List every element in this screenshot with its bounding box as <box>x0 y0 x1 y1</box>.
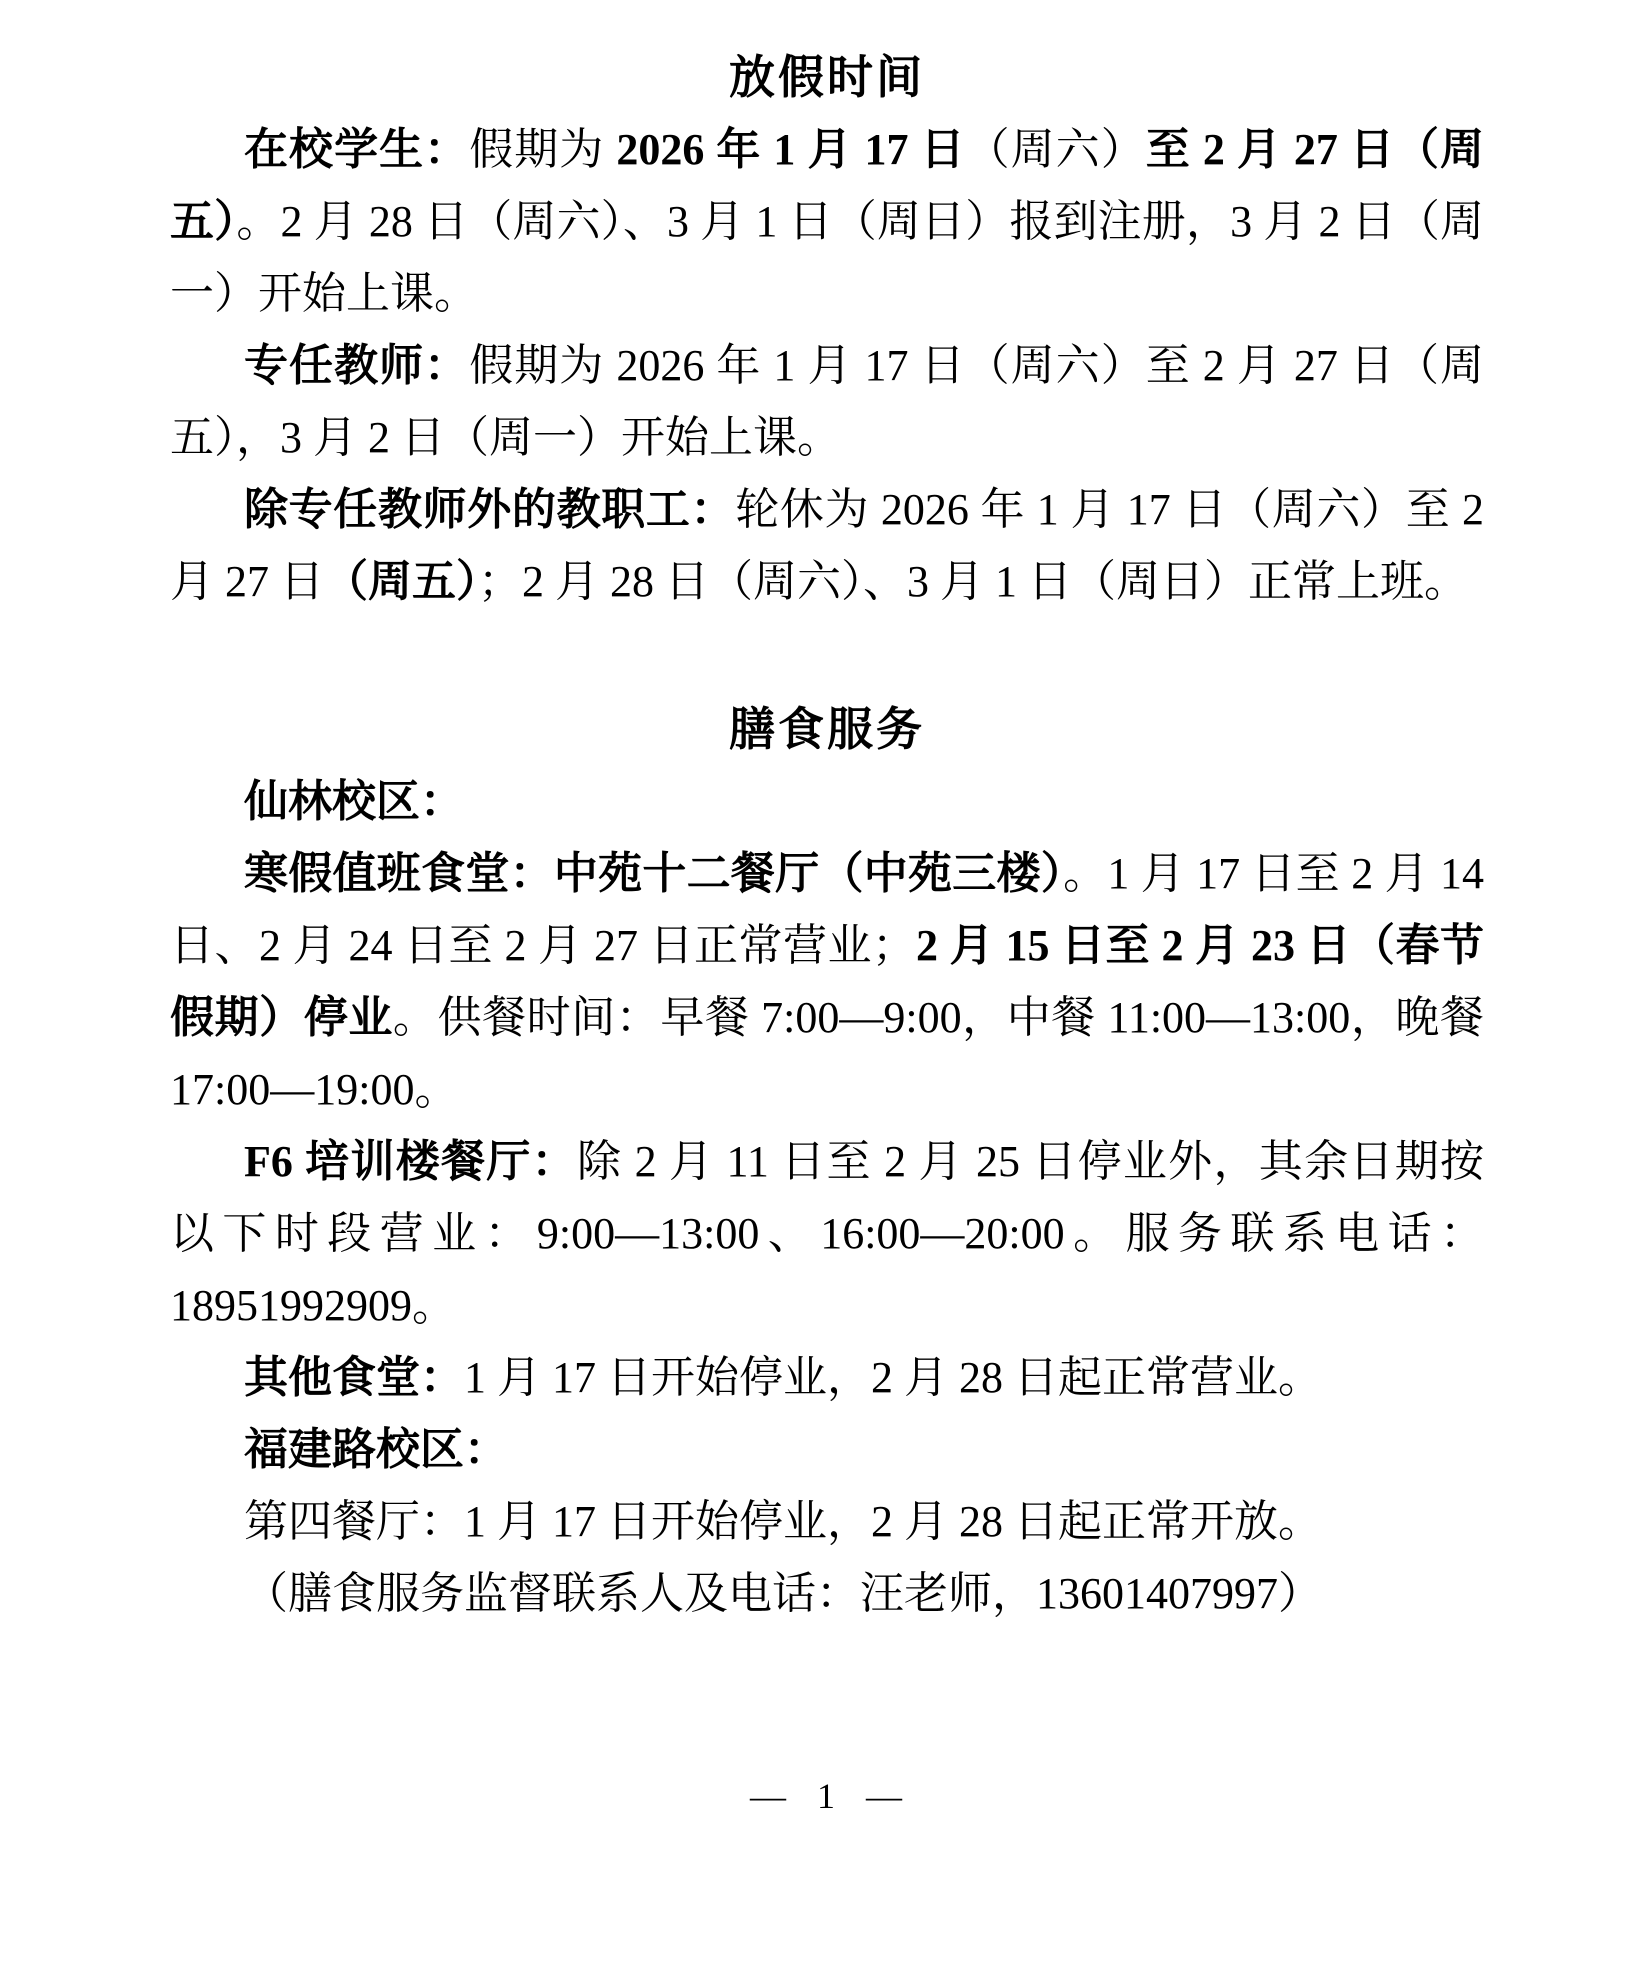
section-title-meal-service: 膳食服务 <box>170 692 1484 766</box>
lead-label: 除专任教师外的教职工： <box>244 485 735 534</box>
lead-label: 其他食堂： <box>244 1353 464 1402</box>
lead-label: 仙林校区： <box>244 777 464 826</box>
text-run: 。2 月 28 日（周六）、3 月 1 日（周日）报到注册，3 月 2 日（周一… <box>170 197 1484 318</box>
lead-label: 在校学生： <box>244 125 469 174</box>
paragraph-supervision-contact: （膳食服务监督联系人及电话：汪老师，13601407997） <box>170 1558 1484 1630</box>
paragraph-enrolled-students: 在校学生：假期为 2026 年 1 月 17 日（周六）至 2 月 27 日（周… <box>170 114 1484 330</box>
paragraph-duty-canteen: 寒假值班食堂：中苑十二餐厅（中苑三楼）。1 月 17 日至 2 月 14 日、2… <box>170 838 1484 1126</box>
text-run: （膳食服务监督联系人及电话：汪老师，13601407997） <box>244 1569 1322 1618</box>
paragraph-xianlin-campus: 仙林校区： <box>170 766 1484 838</box>
paragraph-other-staff: 除专任教师外的教职工：轮休为 2026 年 1 月 17 日（周六）至 2 月 … <box>170 474 1484 618</box>
section-title-holiday-schedule: 放假时间 <box>170 40 1484 114</box>
lead-label: 专任教师： <box>244 341 469 390</box>
lead-label: F6 培训楼餐厅： <box>244 1137 577 1186</box>
text-run: ；2 月 28 日（周六）、3 月 1 日（周日）正常上班。 <box>478 557 1468 606</box>
text-run: 第四餐厅：1 月 17 日开始停业，2 月 28 日起正常开放。 <box>244 1497 1322 1546</box>
paragraph-other-canteens: 其他食堂：1 月 17 日开始停业，2 月 28 日起正常营业。 <box>170 1342 1484 1414</box>
text-run: 1 月 17 日开始停业，2 月 28 日起正常营业。 <box>464 1353 1322 1402</box>
bold-text-run: 2026 年 1 月 17 日 <box>616 125 965 174</box>
paragraph-f6-restaurant: F6 培训楼餐厅：除 2 月 11 日至 2 月 25 日停业外，其余日期按以下… <box>170 1126 1484 1342</box>
lead-label: 寒假值班食堂：中苑十二餐厅（中苑三楼） <box>244 849 1063 898</box>
text-run: 假期为 <box>469 125 616 174</box>
paragraph-fourth-dining-hall: 第四餐厅：1 月 17 日开始停业，2 月 28 日起正常开放。 <box>170 1486 1484 1558</box>
paragraph-fulltime-teachers: 专任教师：假期为 2026 年 1 月 17 日（周六）至 2 月 27 日（周… <box>170 330 1484 474</box>
lead-label: 福建路校区： <box>244 1425 508 1474</box>
text-run: （周六） <box>966 125 1146 174</box>
paragraph-fujianlu-campus: 福建路校区： <box>170 1414 1484 1486</box>
bold-text-run: （周五） <box>324 557 478 606</box>
document-page: 放假时间 在校学生：假期为 2026 年 1 月 17 日（周六）至 2 月 2… <box>0 0 1652 1971</box>
page-number: — 1 — <box>0 1774 1652 1818</box>
